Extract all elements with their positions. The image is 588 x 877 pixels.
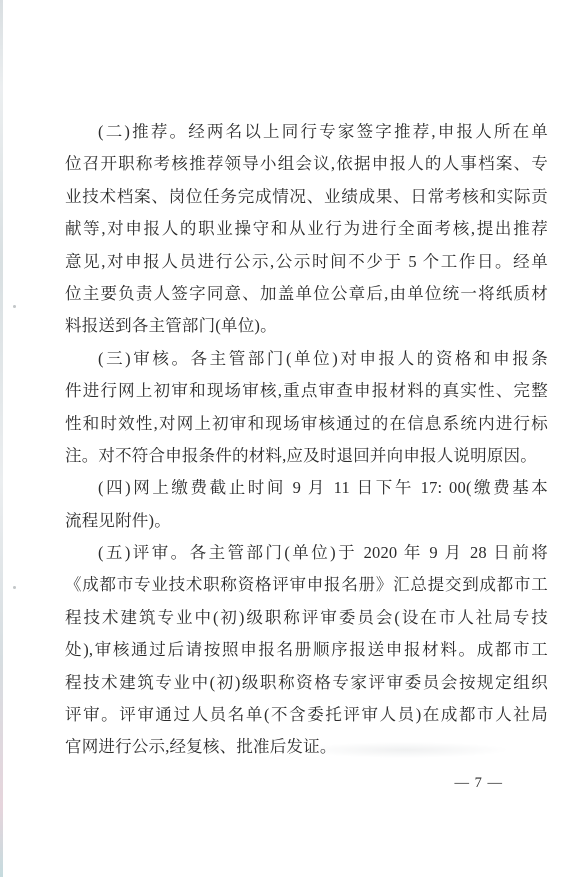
paragraph-3-review-line-1: (三)审核。各主管部门(单位)对申报人的资格和申报条 [65,343,548,375]
paragraph-2-recommendation-line-1: (二)推荐。经两名以上同行专家签字推荐,申报人所在单 [65,116,548,148]
scan-speck [13,305,16,308]
document-body: (二)推荐。经两名以上同行专家签字推荐,申报人所在单位召开职称考核推荐领导小组会… [65,116,548,764]
paragraph-3-review-line-2: 件进行网上初审和现场审核,重点审查申报材料的真实性、完整 [65,375,548,407]
paragraph-2-recommendation-line-7: 料报送到各主管部门(单位)。 [65,310,548,342]
scan-speck [13,586,16,589]
scan-edge-artifact [0,0,3,877]
paragraph-2-recommendation-line-4: 献等,对申报人的职业操守和从业行为进行全面考核,提出推荐 [65,213,548,245]
paragraph-5-evaluation-line-3: 程技术建筑专业中(初)级职称评审委员会(设在市人社局专技 [65,602,548,634]
paragraph-5-evaluation-line-4: 处),审核通过后请按照申报名册顺序报送申报材料。成都市工 [65,634,548,666]
paragraph-2-recommendation-line-3: 业技术档案、岗位任务完成情况、业绩成果、日常考核和实际贡 [65,181,548,213]
paragraph-5-evaluation-line-1: (五)评审。各主管部门(单位)于 2020 年 9 月 28 日前将 [65,537,548,569]
paragraph-2-recommendation-line-2: 位召开职称考核推荐领导小组会议,依据申报人的人事档案、专 [65,148,548,180]
paragraph-4-payment-line-2: 流程见附件)。 [65,505,548,537]
paragraph-2-recommendation-line-6: 位主要负责人签字同意、加盖单位公章后,由单位统一将纸质材 [65,278,548,310]
paragraph-5-evaluation-line-2: 《成都市专业技术职称资格评审申报名册》汇总提交到成都市工 [65,569,548,601]
paragraph-2-recommendation-line-5: 意见,对申报人员进行公示,公示时间不少于 5 个工作日。经单 [65,246,548,278]
paragraph-3-review-line-3: 性和时效性,对网上初审和现场审核通过的在信息系统内进行标 [65,408,548,440]
paragraph-5-evaluation-line-5: 程技术建筑专业中(初)级职称资格专家评审委员会按规定组织 [65,667,548,699]
paragraph-3-review-line-4: 注。对不符合申报条件的材料,应及时退回并向申报人说明原因。 [65,440,548,472]
paragraph-5-evaluation-line-6: 评审。评审通过人员名单(不含委托评审人员)在成都市人社局 [65,699,548,731]
scanned-document-page: (二)推荐。经两名以上同行专家签字推荐,申报人所在单位召开职称考核推荐领导小组会… [0,0,588,877]
page-number: — 7 — [455,775,504,792]
paragraph-5-evaluation-line-7: 官网进行公示,经复核、批准后发证。 [65,731,548,763]
paragraph-4-payment-line-1: (四)网上缴费截止时间 9 月 11 日下午 17: 00(缴费基本 [65,472,548,504]
